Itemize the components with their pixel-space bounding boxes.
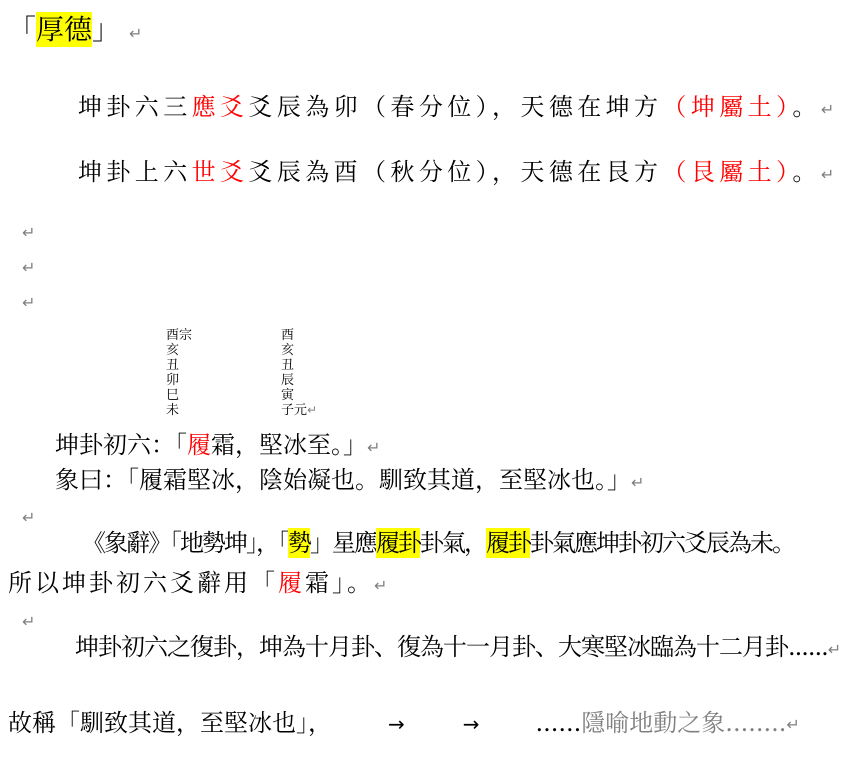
para-kun-shang6-text2: 爻辰為酉（秋分位），天德在艮方 [248, 158, 662, 186]
hexagram-line-label: 寅 [281, 389, 294, 402]
para-xiangci-text: 《象辭》「地勢坤」，「 [82, 529, 288, 557]
hexagram-line-label: 辰 [281, 374, 294, 387]
para-xiangci-highlight-lugua-2: 履卦 [486, 528, 530, 558]
arrow-right-icon: → [386, 714, 407, 738]
hexagram-kun-small [332, 682, 386, 738]
para-kun-chu6-text2: 霜，堅冰至。」 [211, 431, 367, 459]
yin-line: 酉宗 [78, 330, 192, 340]
paragraph-mark-icon: ↵ [129, 24, 142, 43]
heading-open-bracket: 「 [8, 13, 36, 46]
paragraph-mark-icon: ↵ [374, 576, 387, 595]
para-kun-shang6-period: 。 [792, 158, 820, 186]
yin-line [407, 712, 461, 718]
paragraph-mark-icon: ↵ [22, 613, 35, 631]
para-xiangci-highlight-lugua-1: 履卦 [376, 528, 420, 558]
para-kun-63-text: 坤卦六三 [78, 93, 192, 121]
yin-line [407, 692, 461, 698]
hexagram-line-label: 巳 [166, 389, 179, 402]
yin-line [482, 702, 536, 708]
hexagram-line-label: 丑 [166, 359, 179, 372]
yin-line: 寅 [193, 390, 317, 400]
para-xiangci-text4: 卦氣應坤卦初六爻辰為未。 [530, 529, 794, 557]
para-kun-chu6: 坤卦初六：「履霜，堅冰至。」↵ [55, 432, 380, 460]
paragraph-mark-icon: ↵ [22, 294, 35, 312]
hexagram-fu-large: 酉亥丑辰寅子元↵ [193, 330, 317, 415]
para-xiangci: 《象辭》「地勢坤」，「勢」星應履卦卦氣，履卦卦氣應坤卦初六爻辰為未。 [82, 530, 794, 558]
yin-line [332, 692, 386, 698]
para-kun-shang6: 坤卦上六世爻爻辰為酉（秋分位），天德在艮方（艮屬土）。↵ [78, 159, 834, 187]
heading-highlighted-text: 厚德 [36, 12, 92, 47]
para-gucheng-text: 故稱「馴致其道，至堅冰也」， [8, 710, 332, 738]
para-kun-63-red-kunshu-tu: （坤屬土） [662, 93, 792, 121]
para-suoyi-text: 所以坤卦初六爻辭用「 [8, 569, 278, 597]
yang-line [482, 722, 536, 728]
paragraph-mark-icon: ↵ [22, 224, 35, 242]
para-kun-63-period: 。 [792, 93, 820, 121]
yang-line [407, 732, 461, 738]
para-gucheng-dots: ...... [536, 710, 582, 738]
paragraph-mark-icon: ↵ [367, 438, 380, 457]
para-kun-shang6-red-genshu-tu: （艮屬土） [662, 158, 792, 186]
hexagram-line-label: 酉宗 [166, 329, 192, 342]
hexagram-line-label: 未 [166, 404, 179, 417]
yang-line: 子元↵ [193, 405, 317, 415]
paragraph-mark-icon: ↵ [821, 165, 834, 184]
para-xiangci-highlight-shi: 勢 [288, 528, 310, 558]
yin-line: 未 [78, 405, 192, 415]
yin-line: 卯 [78, 375, 192, 385]
yin-line: 辰 [193, 375, 317, 385]
paragraph-mark-icon: ↵ [828, 640, 841, 659]
yin-line [407, 682, 461, 688]
para-kun-63: 坤卦六三應爻爻辰為卯（春分位），天德在坤方（坤屬土）。↵ [78, 94, 834, 122]
paragraph-mark-icon: ↵ [821, 100, 834, 119]
paragraph-mark-icon: ↵ [307, 403, 317, 417]
yin-line [332, 682, 386, 688]
yang-line [482, 732, 536, 738]
yin-line: 亥 [193, 345, 317, 355]
yin-line: 巳 [78, 390, 192, 400]
yin-line [332, 722, 386, 728]
hexagram-kun-large: 酉宗亥丑卯巳未 [78, 330, 192, 415]
hexagram-line-label: 亥 [281, 344, 294, 357]
yin-line [482, 692, 536, 698]
heading-close-bracket: 」 [92, 13, 120, 46]
para-kun-63-text2: 爻辰為卯（春分位），天德在坤方 [248, 93, 662, 121]
yin-line [482, 712, 536, 718]
paragraph-mark-icon: ↵ [786, 715, 799, 738]
para-kun-chu6-text: 坤卦初六：「 [55, 431, 187, 459]
yin-line [332, 732, 386, 738]
para-kun-shang6-text: 坤卦上六 [78, 158, 192, 186]
para-kun-63-red-yingyao: 應爻 [192, 93, 249, 121]
arrow-right-icon: → [461, 714, 482, 738]
para-suoyi-text2: 霜」。 [305, 569, 374, 597]
hexagram-line-label: 丑 [281, 359, 294, 372]
hexagram-fu-small [407, 682, 461, 738]
paragraph-mark-icon: ↵ [631, 473, 644, 492]
gray-annotation: 隱喻地動之象........ [581, 710, 786, 738]
paragraph-mark-icon: ↵ [22, 259, 35, 277]
hexagram-line-label: 子元 [281, 404, 307, 417]
para-xiang-zhuan: 象曰：「履霜堅冰，陰始凝也。馴致其道，至堅冰也。」↵ [55, 467, 644, 495]
yin-line: 丑 [78, 360, 192, 370]
para-xiangci-text3: 卦氣， [420, 529, 486, 557]
para-xiangci-text2: 」星應 [310, 529, 376, 557]
para-xiang-zhuan-text: 象曰：「履霜堅冰，陰始凝也。馴致其道，至堅冰也。」 [55, 466, 631, 494]
para-kun-shang6-red-shiyao: 世爻 [192, 158, 249, 186]
yin-line [332, 712, 386, 718]
para-fugua: 坤卦初六之復卦，坤為十月卦、復為十一月卦、大寒堅冰臨為十二月卦......↵ [75, 634, 841, 662]
hexagram-lin-small [482, 682, 536, 738]
yin-line [407, 722, 461, 728]
para-gucheng-row: 故稱「馴致其道，至堅冰也」， → → ...... 隱喻地動之象........… [8, 676, 800, 738]
para-suoyi-red-lu: 履 [278, 569, 305, 597]
paragraph-mark-icon: ↵ [22, 509, 35, 527]
hexagram-line-label: 酉 [281, 329, 294, 342]
para-fugua-text: 坤卦初六之復卦，坤為十月卦、復為十一月卦、大寒堅冰臨為十二月卦...... [75, 633, 828, 661]
para-suoyi: 所以坤卦初六爻辭用「履霜」。↵ [8, 570, 387, 598]
yin-line: 丑 [193, 360, 317, 370]
yin-line: 亥 [78, 345, 192, 355]
hexagram-line-label: 亥 [166, 344, 179, 357]
hexagram-line-label: 卯 [166, 374, 179, 387]
yin-line [482, 682, 536, 688]
yin-line [332, 702, 386, 708]
para-kun-chu6-red-lu: 履 [187, 431, 211, 459]
yin-line [407, 702, 461, 708]
heading-houde: 「厚德」 ↵ [8, 14, 142, 46]
yin-line: 酉 [193, 330, 317, 340]
